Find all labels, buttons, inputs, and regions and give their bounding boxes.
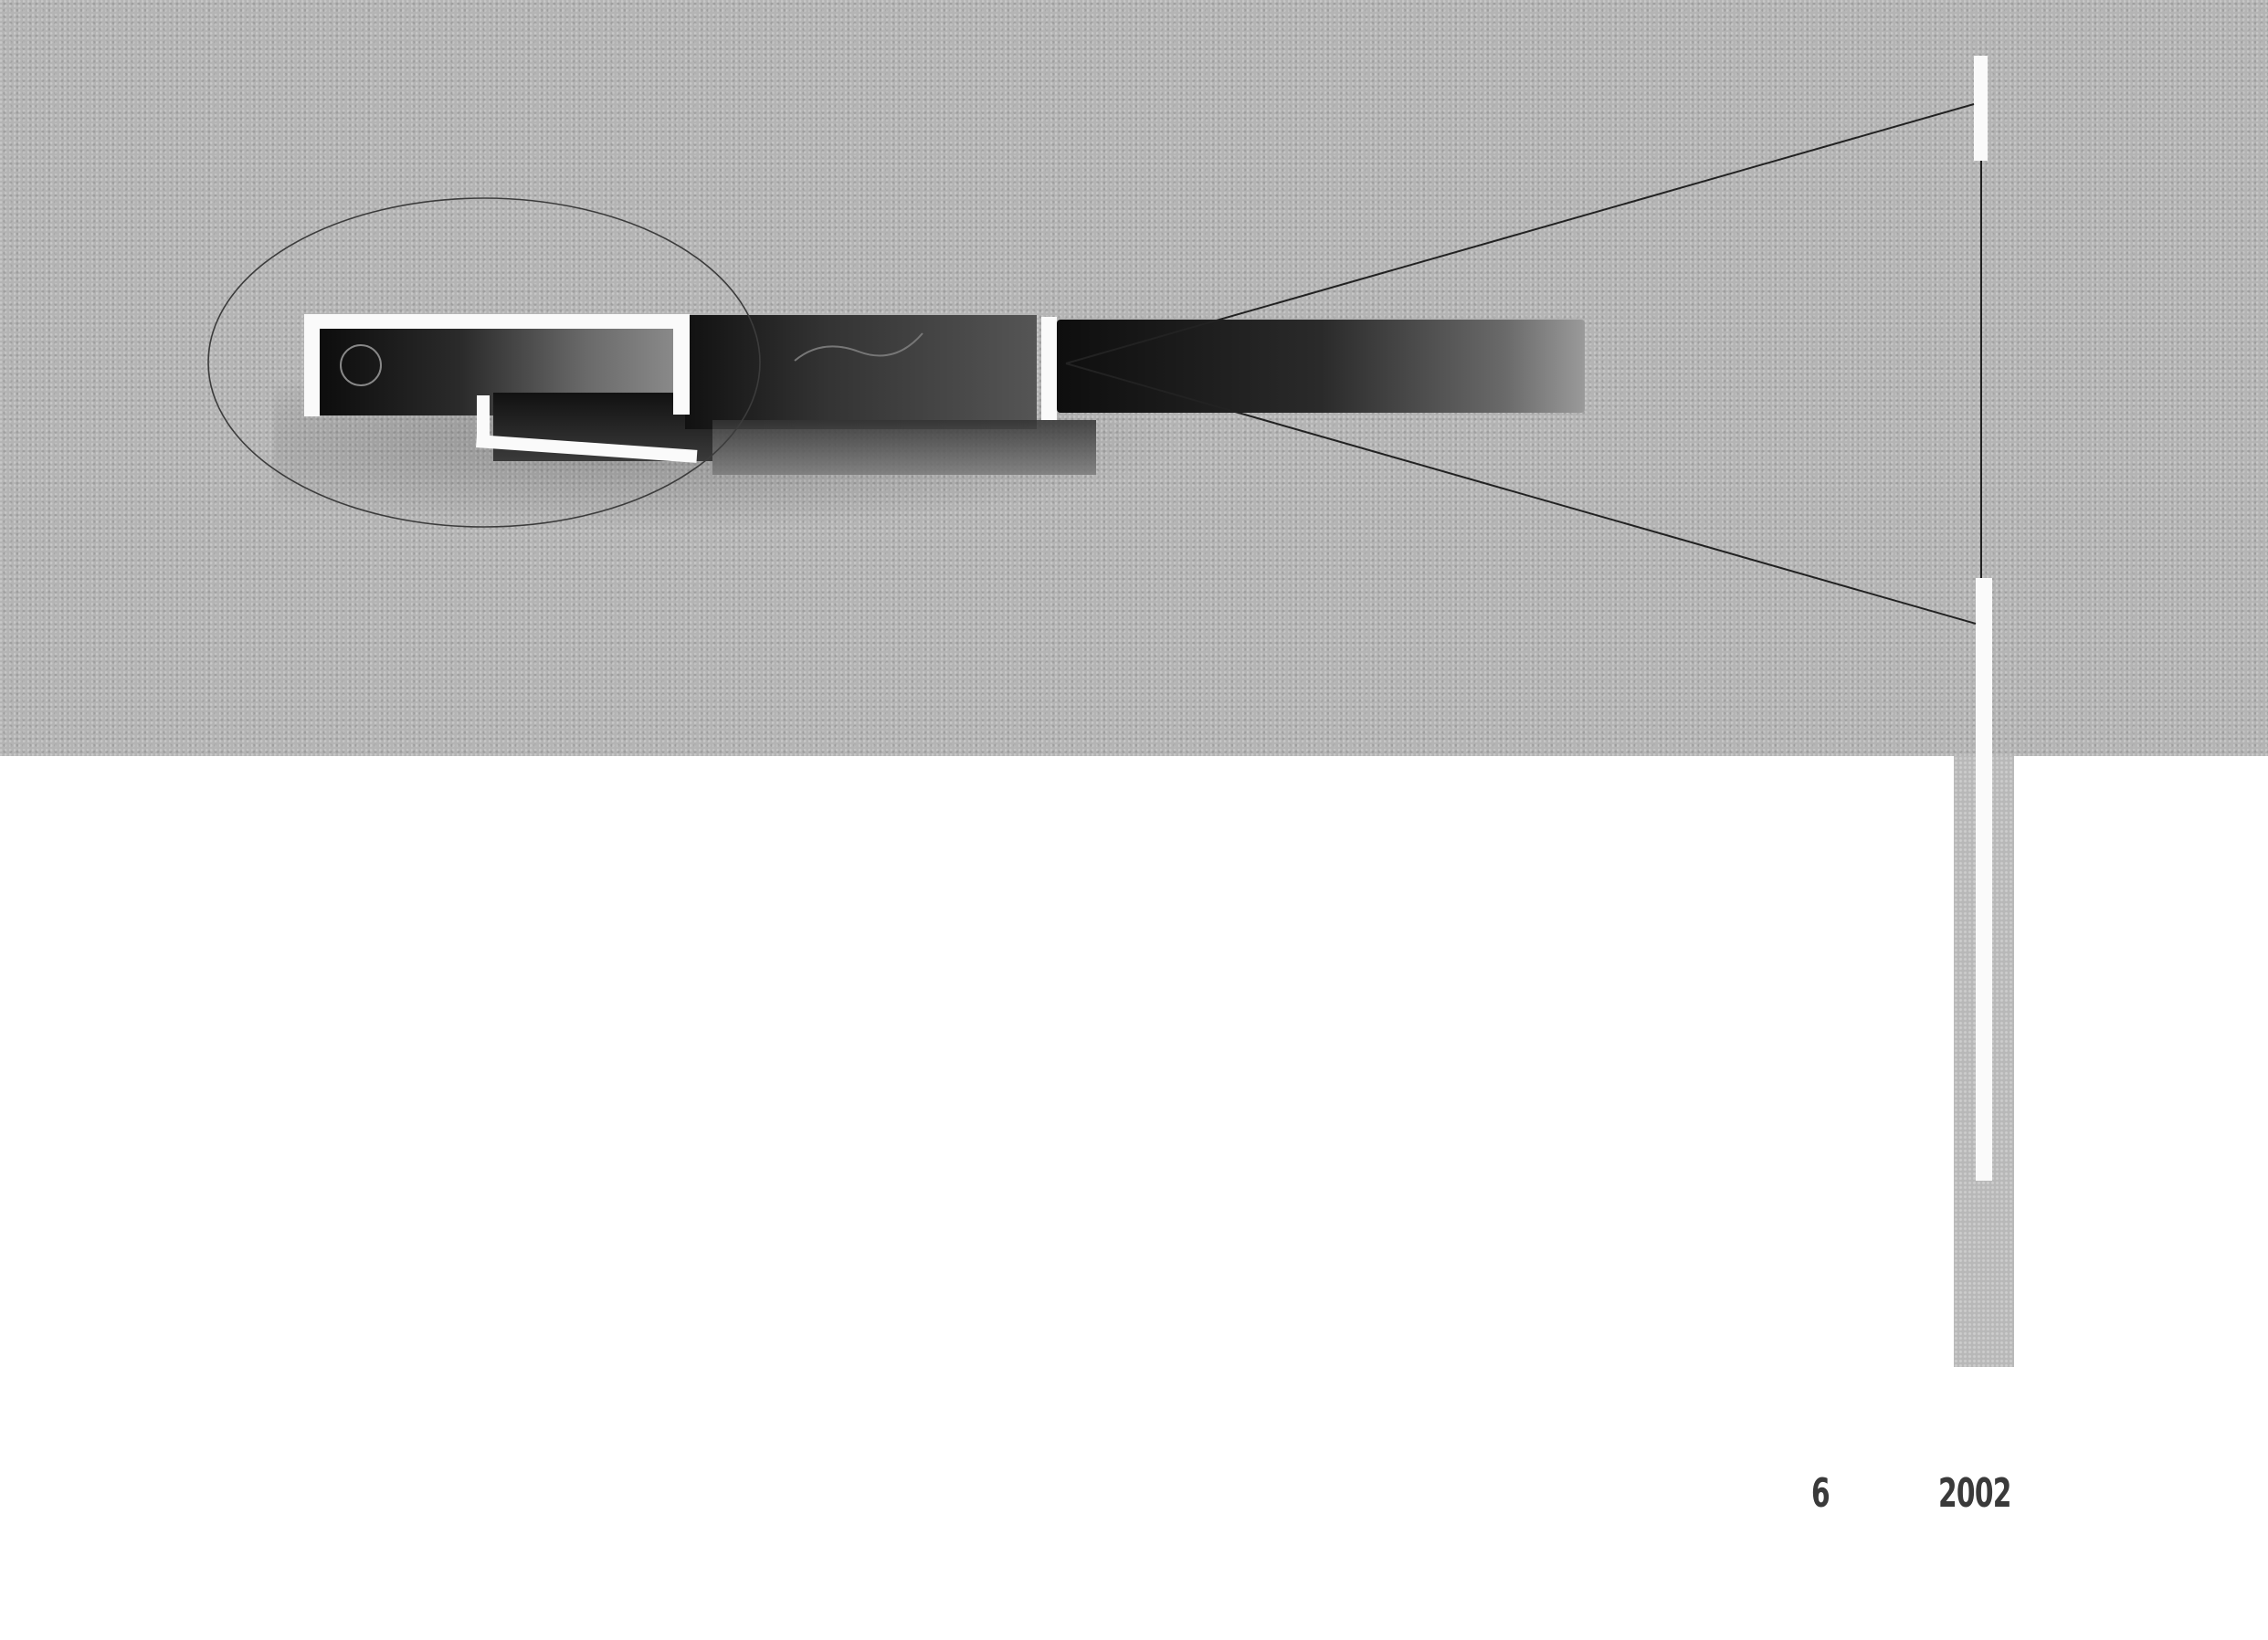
ellipse-outline — [208, 198, 760, 527]
stamp-year: 2002 — [1938, 1470, 2011, 1517]
line-drawing — [0, 0, 2268, 1640]
converging-line-bottom — [1066, 363, 1976, 624]
scribble-mark — [795, 333, 923, 361]
stamp-number: 6 — [1811, 1470, 1830, 1517]
small-circle-mark — [341, 345, 381, 385]
converging-line-top — [1066, 104, 1974, 363]
